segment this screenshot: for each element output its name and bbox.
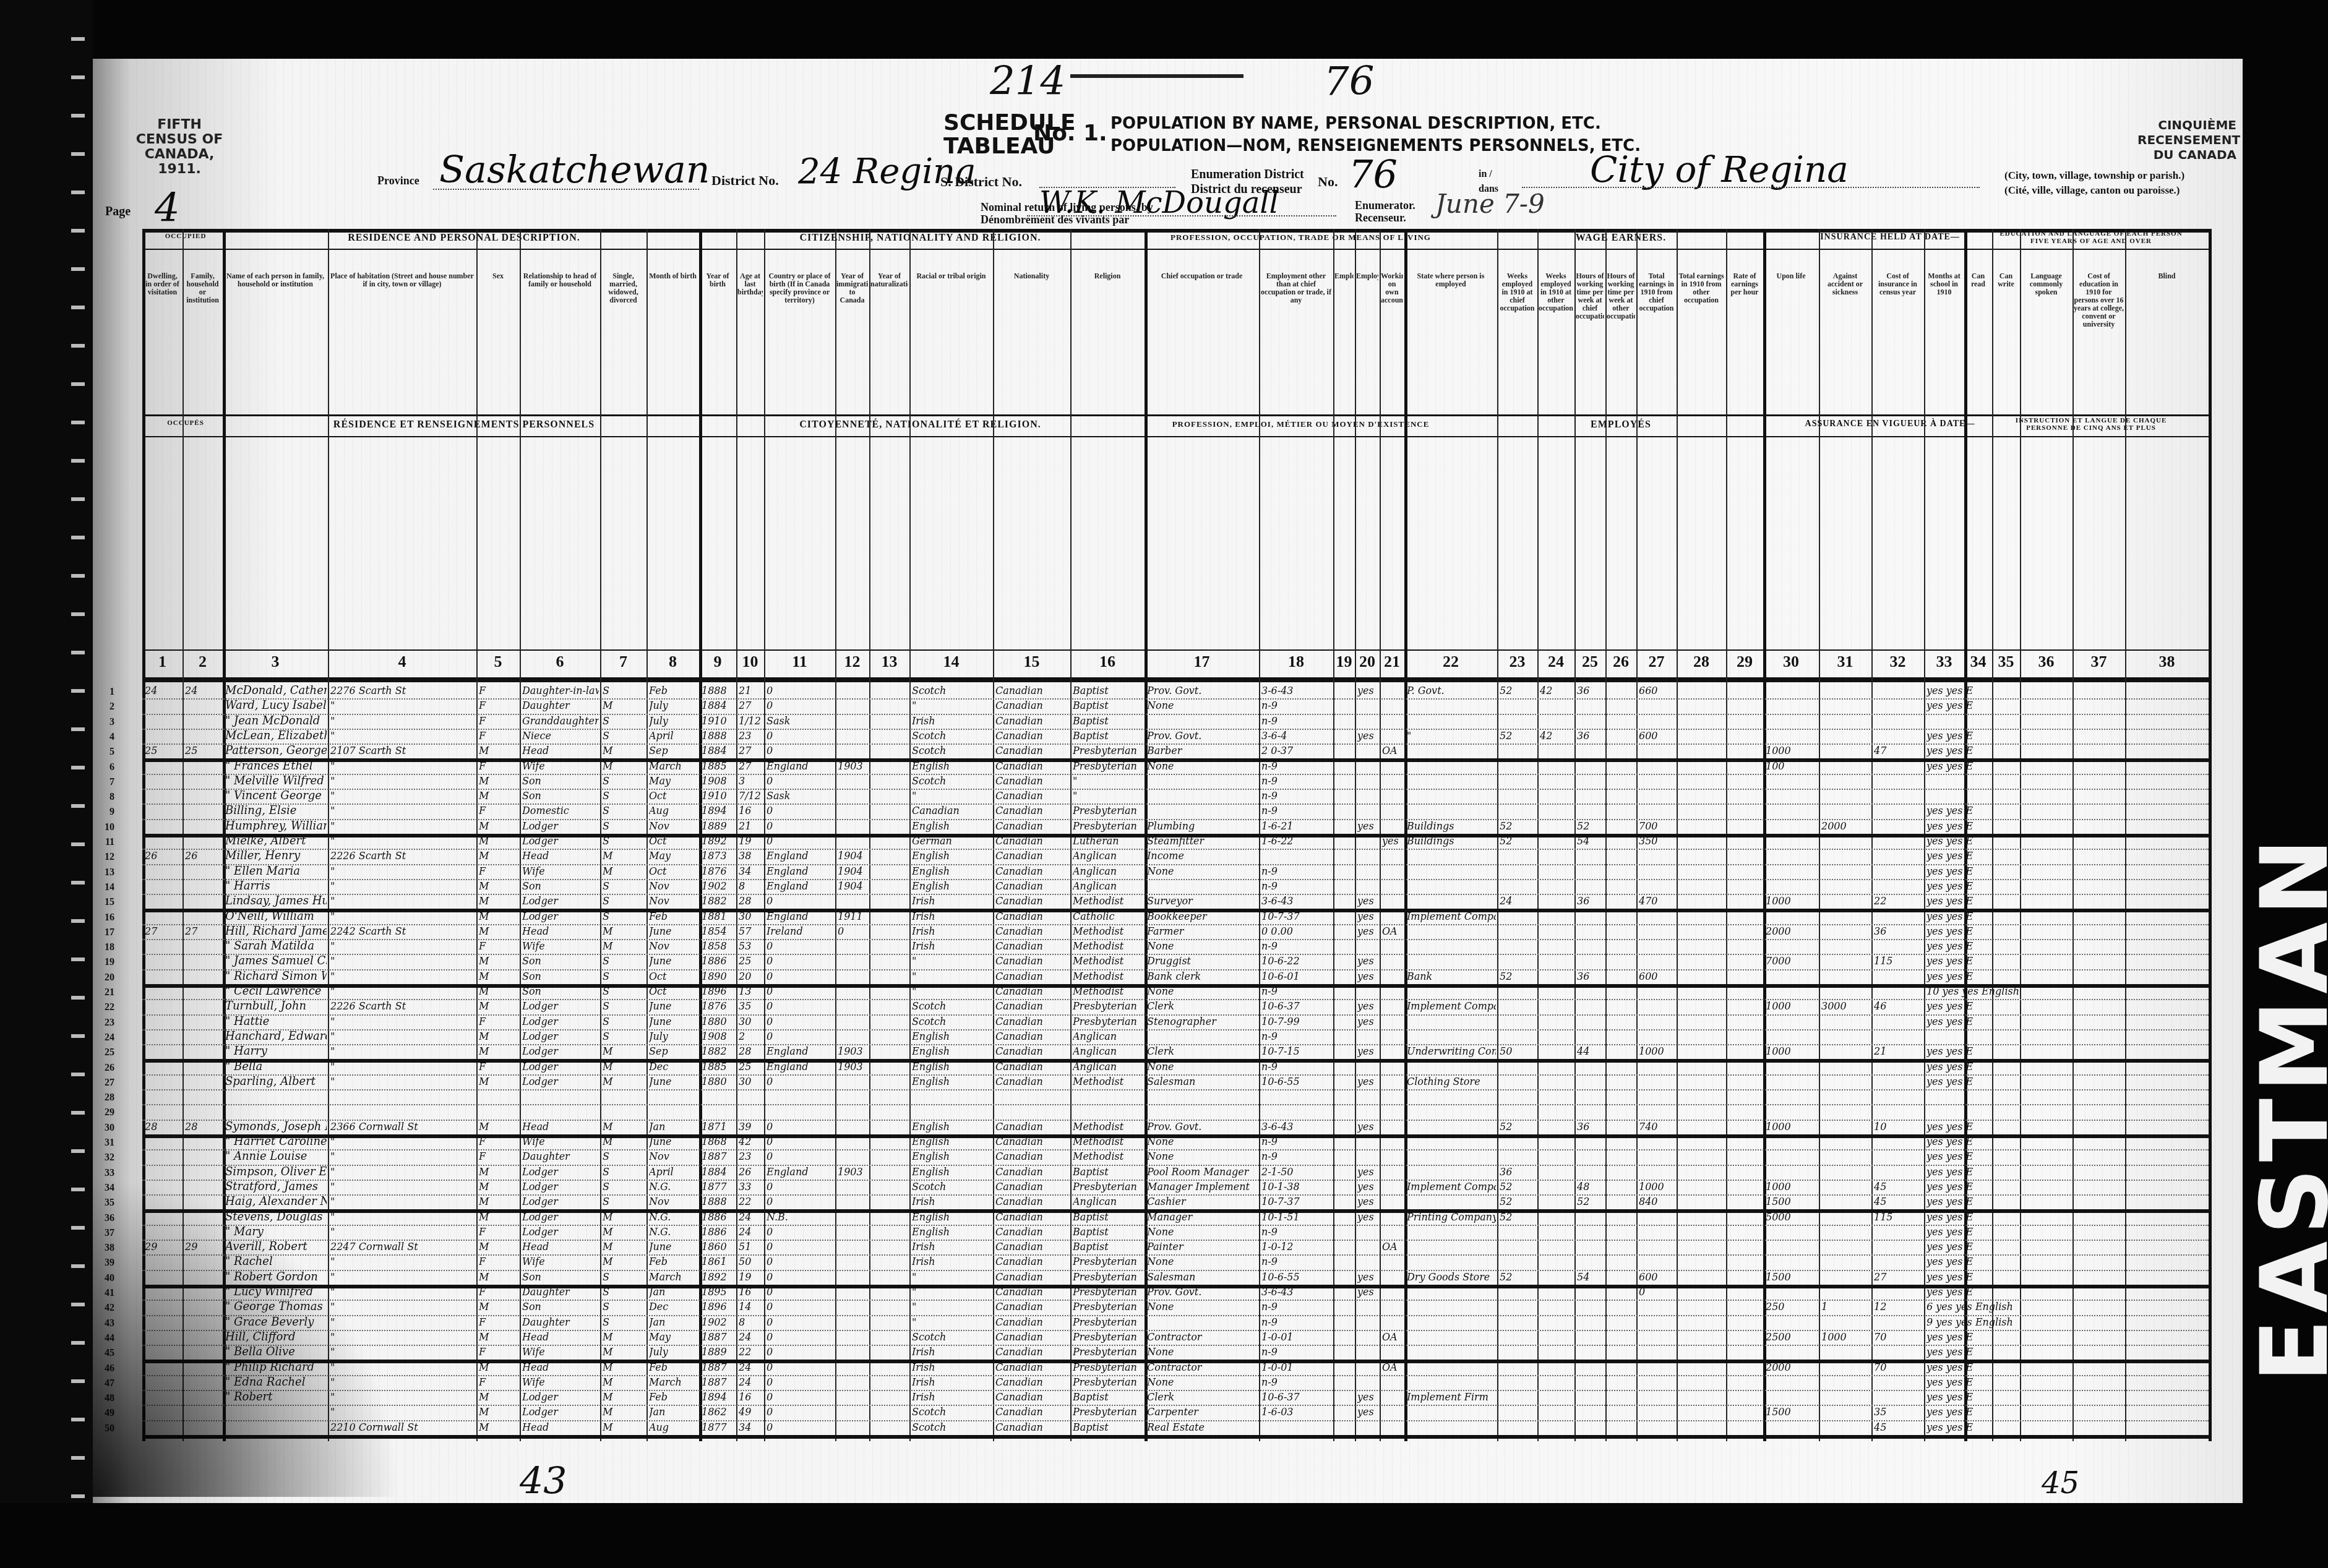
cell-imm — [838, 1210, 868, 1224]
cell-religion: Presbyterian — [1073, 1300, 1143, 1314]
cell-c23: 36 — [1500, 1165, 1536, 1179]
cell-c29 — [1729, 1135, 1762, 1149]
cell-c32 — [1874, 1090, 1923, 1103]
cell-c30: 2500 — [1766, 1330, 1818, 1344]
cell-ms: M — [603, 760, 645, 773]
cell-dw — [145, 1285, 181, 1299]
cell-month: May — [649, 849, 698, 863]
sprocket-hole — [71, 574, 85, 578]
cell-year: 1868 — [702, 1135, 735, 1149]
cell-origin: Scotch — [912, 684, 992, 698]
cell-birth: 0 — [767, 1120, 834, 1134]
column-header: State where person is employed — [1406, 272, 1496, 408]
cell-emp — [1357, 760, 1378, 773]
cell-dw — [145, 1135, 181, 1149]
cell-c21 — [1382, 1270, 1403, 1284]
group-occupied-en: OCCUPIED — [145, 233, 226, 240]
cell-c19 — [1336, 1345, 1354, 1359]
cell-c28 — [1679, 970, 1725, 983]
cell-c23 — [1500, 880, 1536, 893]
column-header: Against accident or sickness — [1820, 272, 1870, 408]
cell-month: Aug — [649, 1421, 698, 1434]
cell-emp — [1357, 1255, 1378, 1269]
cell-c24 — [1540, 1405, 1573, 1419]
cell-c25 — [1577, 1105, 1604, 1118]
table-row: 28 — [142, 1089, 2209, 1105]
cell-month: Feb — [649, 910, 698, 923]
cell-addr: " — [330, 1345, 475, 1359]
cell-c31 — [1821, 834, 1870, 848]
cell-rel: Wife — [522, 1376, 599, 1389]
table-row: 11Mielke, Albert"MLodgerSOct1892190Germa… — [142, 834, 2209, 850]
cell-rel: Lodger — [522, 820, 599, 833]
cell-year: 1884 — [702, 699, 735, 713]
cell-c24 — [1540, 1210, 1573, 1224]
cell-ms: M — [603, 1345, 645, 1359]
cell-birth: 0 — [767, 1421, 834, 1434]
cell-c26 — [1608, 684, 1635, 698]
cell-c30: 1000 — [1766, 894, 1818, 908]
cell-religion: " — [1073, 774, 1143, 788]
cell-nationality: Canadian — [995, 1421, 1069, 1434]
cell-year: 1908 — [702, 1030, 735, 1043]
cell-name: " Hattie — [225, 1015, 327, 1029]
cell-name: " George Thomas — [225, 1300, 327, 1314]
cell-origin — [912, 1105, 992, 1118]
column-number: 17 — [1145, 653, 1259, 676]
header-bottom-rule — [142, 677, 2209, 682]
cell-c31 — [1821, 1390, 1870, 1404]
cell-month: June — [649, 1015, 698, 1029]
cell-c25 — [1577, 1330, 1604, 1344]
column-number: 7 — [600, 653, 646, 676]
cell-c32 — [1874, 820, 1923, 833]
cell-fam — [185, 1000, 221, 1013]
cell-nat — [872, 1345, 908, 1359]
cell-c22: Buildings — [1407, 834, 1496, 848]
cell-c21 — [1382, 804, 1403, 818]
cell-c23 — [1500, 1376, 1536, 1389]
cell-c30 — [1766, 1030, 1818, 1043]
cell-religion: Methodist — [1073, 1150, 1143, 1163]
cell-age: 24 — [739, 1330, 763, 1344]
cell-c23: 52 — [1500, 1120, 1536, 1134]
cell-occ2: 10-1-51 — [1261, 1210, 1332, 1224]
cell-name: McLean, Elizabeth — [225, 729, 327, 743]
cell-occ2: n-9 — [1261, 1345, 1332, 1359]
cell-name: " Mary — [225, 1225, 327, 1239]
cell-addr: " — [330, 1300, 475, 1314]
cell-rel: Lodger — [522, 1045, 599, 1058]
cell-occ: Carpenter — [1147, 1405, 1258, 1419]
cell-name: " Cecil Lawrence — [225, 985, 327, 998]
cell-imm — [838, 804, 868, 818]
cell-c29 — [1729, 1345, 1762, 1359]
cell-imm — [838, 834, 868, 848]
cell-rel: Daughter — [522, 1316, 599, 1329]
cell-c28 — [1679, 1300, 1725, 1314]
cell-dw — [145, 1270, 181, 1284]
row-number: 25 — [96, 1045, 114, 1060]
cell-edu: yes yes E — [1926, 1045, 2124, 1058]
cell-birth: 0 — [767, 1285, 834, 1299]
cell-ms: S — [603, 1270, 645, 1284]
cell-edu: yes yes E — [1926, 1390, 2124, 1404]
cell-c21 — [1382, 910, 1403, 923]
cell-occ: Manager — [1147, 1210, 1258, 1224]
cell-c32: 12 — [1874, 1300, 1923, 1314]
cell-c32: 35 — [1874, 1405, 1923, 1419]
cell-c29 — [1729, 1300, 1762, 1314]
cell-c32 — [1874, 1075, 1923, 1089]
table-row: 12424McDonald, Catherine2276 Scarth StFD… — [142, 683, 2209, 700]
cell-year: 1892 — [702, 1270, 735, 1284]
cell-c19 — [1336, 820, 1354, 833]
cell-name: Hill, Clifford — [225, 1330, 327, 1344]
cell-c30 — [1766, 699, 1818, 713]
cell-c31 — [1821, 1075, 1870, 1089]
cell-year: 1887 — [702, 1330, 735, 1344]
row-number: 32 — [96, 1150, 114, 1165]
cell-year: 1887 — [702, 1376, 735, 1389]
cell-c22 — [1407, 894, 1496, 908]
cell-name: Ward, Lucy Isabel — [225, 699, 327, 713]
cell-age: 28 — [739, 1045, 763, 1058]
cell-fam — [185, 1300, 221, 1314]
cell-c22 — [1407, 1225, 1496, 1239]
cell-c23 — [1500, 744, 1536, 758]
cell-c24 — [1540, 1361, 1573, 1374]
row-number: 26 — [96, 1061, 114, 1076]
cell-c26 — [1608, 954, 1635, 968]
cell-fam — [185, 714, 221, 728]
cell-c22 — [1407, 940, 1496, 953]
cell-c26 — [1608, 1015, 1635, 1029]
cell-c28 — [1679, 1075, 1725, 1089]
cell-age: 27 — [739, 744, 763, 758]
cell-name: Miller, Henry — [225, 849, 327, 863]
cell-occ2 — [1261, 1105, 1332, 1118]
cell-c31 — [1821, 1165, 1870, 1179]
cell-c31 — [1821, 880, 1870, 893]
cell-nat — [872, 1361, 908, 1374]
cell-religion: Baptist — [1073, 729, 1143, 743]
cell-occ: None — [1147, 865, 1258, 878]
cell-c22 — [1407, 880, 1496, 893]
cell-c21 — [1382, 880, 1403, 893]
cell-c28 — [1679, 834, 1725, 848]
cell-occ: Cashier — [1147, 1195, 1258, 1209]
row-number: 33 — [96, 1166, 114, 1181]
cell-c30 — [1766, 834, 1818, 848]
cell-emp: yes — [1357, 729, 1378, 743]
page-label: Page — [105, 204, 131, 219]
cell-birth: 0 — [767, 1135, 834, 1149]
cell-c21 — [1382, 954, 1403, 968]
cell-year: 1877 — [702, 1180, 735, 1194]
cell-nationality: Canadian — [995, 925, 1069, 938]
cell-month: Jan — [649, 1120, 698, 1134]
cell-c28 — [1679, 1240, 1725, 1254]
cell-year: 1861 — [702, 1255, 735, 1269]
cell-c29 — [1729, 1000, 1762, 1013]
cell-origin: German — [912, 834, 992, 848]
cell-c23 — [1500, 804, 1536, 818]
cell-month: Aug — [649, 804, 698, 818]
cell-imm — [838, 1135, 868, 1149]
cell-c28 — [1679, 940, 1725, 953]
cell-origin: " — [912, 789, 992, 803]
cell-fam — [185, 880, 221, 893]
cell-nationality: Canadian — [995, 1030, 1069, 1043]
cell-c29 — [1729, 1210, 1762, 1224]
cell-birth: 0 — [767, 894, 834, 908]
column-header: Language commonly spoken — [2021, 272, 2071, 408]
cell-c24 — [1540, 1120, 1573, 1134]
place-hint-en: (City, town, village, township or parish… — [2004, 168, 2184, 183]
cell-c21 — [1382, 1255, 1403, 1269]
cell-nationality: Canadian — [995, 1240, 1069, 1254]
cell-dw — [145, 880, 181, 893]
fr-group-rule — [142, 436, 2209, 437]
cell-c26 — [1608, 1030, 1635, 1043]
cell-nat — [872, 1225, 908, 1239]
cell-nat — [872, 789, 908, 803]
cell-c24 — [1540, 1090, 1573, 1103]
cell-imm: 1904 — [838, 880, 868, 893]
cell-fam — [185, 1165, 221, 1179]
column-header: Nationality — [994, 272, 1069, 408]
cell-c24 — [1540, 1150, 1573, 1163]
cell-c28 — [1679, 954, 1725, 968]
cell-dw — [145, 1045, 181, 1058]
cell-emp: yes — [1357, 954, 1378, 968]
cell-c21 — [1382, 1135, 1403, 1149]
table-row: 3" Jean McDonald"FGranddaughterSJuly1910… — [142, 714, 2209, 730]
cell-name: Stratford, James — [225, 1180, 327, 1194]
cell-occ: None — [1147, 1300, 1258, 1314]
cell-year: 1889 — [702, 820, 735, 833]
cell-c30 — [1766, 1240, 1818, 1254]
cell-c27 — [1639, 954, 1675, 968]
cell-ms: M — [603, 1255, 645, 1269]
column-number: 24 — [1537, 653, 1574, 676]
column-divider — [2209, 229, 2212, 1441]
cell-c24 — [1540, 1345, 1573, 1359]
col-num-rule — [142, 649, 2209, 651]
cell-rel: Son — [522, 880, 599, 893]
cell-c25 — [1577, 804, 1604, 818]
cell-addr: 2366 Cornwall St — [330, 1120, 475, 1134]
cell-c30 — [1766, 1105, 1818, 1118]
cell-c30 — [1766, 729, 1818, 743]
cell-emp: yes — [1357, 970, 1378, 983]
cell-religion: Baptist — [1073, 1390, 1143, 1404]
cell-origin: " — [912, 1300, 992, 1314]
cell-c27 — [1639, 804, 1675, 818]
cell-nat — [872, 1376, 908, 1389]
cell-addr: " — [330, 1165, 475, 1179]
cell-ms — [603, 1090, 645, 1103]
cell-c19 — [1336, 1330, 1354, 1344]
cell-c26 — [1608, 729, 1635, 743]
cell-c19 — [1336, 1015, 1354, 1029]
cell-c26 — [1608, 985, 1635, 998]
cell-name: Averill, Robert — [225, 1240, 327, 1254]
cell-dw — [145, 985, 181, 998]
table-row: 41" Lucy Winifred"FDaughterSJan1895160"C… — [142, 1285, 2209, 1301]
cell-age: 2 — [739, 1030, 763, 1043]
cell-c23: 52 — [1500, 729, 1536, 743]
cell-c23: 52 — [1500, 1270, 1536, 1284]
cell-age: 8 — [739, 1316, 763, 1329]
cell-rel: Lodger — [522, 910, 599, 923]
cell-c28 — [1679, 925, 1725, 938]
cell-fam — [185, 1075, 221, 1089]
cell-c25 — [1577, 789, 1604, 803]
cell-nationality: Canadian — [995, 1405, 1069, 1419]
cell-imm — [838, 1345, 868, 1359]
cell-c27 — [1639, 1376, 1675, 1389]
census-title: FIFTH CENSUS OF CANADA, 1911. — [130, 118, 229, 177]
cell-c28 — [1679, 744, 1725, 758]
cell-addr: " — [330, 985, 475, 998]
cell-c19 — [1336, 684, 1354, 698]
column-number: 6 — [520, 653, 600, 676]
cell-c23 — [1500, 1330, 1536, 1344]
column-header: Religion — [1072, 272, 1143, 408]
cell-ms: S — [603, 1150, 645, 1163]
cell-c24 — [1540, 940, 1573, 953]
cell-addr: 2107 Scarth St — [330, 744, 475, 758]
cell-c22: P. Govt. — [1407, 684, 1496, 698]
cell-religion: Baptist — [1073, 1225, 1143, 1239]
cell-c29 — [1729, 1120, 1762, 1134]
place-line — [1522, 187, 1980, 188]
column-number: 29 — [1726, 653, 1763, 676]
cell-c27 — [1639, 1240, 1675, 1254]
cell-occ: Clerk — [1147, 1000, 1258, 1013]
stamp-dash — [1070, 74, 1243, 78]
cell-fam — [185, 774, 221, 788]
cell-occ2: 10-6-55 — [1261, 1270, 1332, 1284]
cell-c24 — [1540, 1300, 1573, 1314]
cell-rel: Wife — [522, 865, 599, 878]
cell-year: 1888 — [702, 729, 735, 743]
column-header: Employer — [1334, 272, 1354, 408]
cell-age: 7/12 — [739, 789, 763, 803]
cell-religion: Presbyterian — [1073, 1255, 1143, 1269]
cell-nationality: Canadian — [995, 1015, 1069, 1029]
cell-c32 — [1874, 1255, 1923, 1269]
cell-c25: 54 — [1577, 834, 1604, 848]
cell-c23 — [1500, 865, 1536, 878]
cell-sex: M — [479, 1075, 518, 1089]
cell-nat — [872, 1330, 908, 1344]
cell-c28 — [1679, 729, 1725, 743]
cell-fam — [185, 1390, 221, 1404]
sprocket-hole — [71, 229, 85, 233]
cell-c21 — [1382, 1075, 1403, 1089]
row-number: 12 — [96, 850, 114, 865]
cell-occ2: n-9 — [1261, 985, 1332, 998]
column-number: 10 — [736, 653, 764, 676]
cell-c32 — [1874, 1165, 1923, 1179]
cell-nat — [872, 1135, 908, 1149]
cell-c24 — [1540, 954, 1573, 968]
row-number: 45 — [96, 1346, 114, 1361]
cell-c24 — [1540, 1225, 1573, 1239]
cell-c29 — [1729, 1240, 1762, 1254]
cell-c21 — [1382, 789, 1403, 803]
column-number: 21 — [1380, 653, 1404, 676]
cell-name: Sparling, Albert — [225, 1075, 327, 1089]
cell-emp — [1357, 1361, 1378, 1374]
cell-age: 16 — [739, 1285, 763, 1299]
cell-edu: 10 yes yes English — [1926, 985, 2124, 998]
cell-c26 — [1608, 1316, 1635, 1329]
cell-origin: English — [912, 1150, 992, 1163]
cell-dw — [145, 970, 181, 983]
cell-c32: 21 — [1874, 1045, 1923, 1058]
cell-c24 — [1540, 910, 1573, 923]
cell-rel: Domestic — [522, 804, 599, 818]
cell-imm — [838, 1015, 868, 1029]
cell-c25 — [1577, 1300, 1604, 1314]
cell-ms: S — [603, 774, 645, 788]
cell-addr: " — [330, 1255, 475, 1269]
cell-rel: Wife — [522, 1255, 599, 1269]
cell-emp — [1357, 1105, 1378, 1118]
cell-origin: English — [912, 1135, 992, 1149]
cell-c19 — [1336, 774, 1354, 788]
sprocket-hole — [71, 1456, 85, 1460]
cell-nat — [872, 834, 908, 848]
province-label: Province — [377, 173, 419, 188]
cell-religion: Methodist — [1073, 1135, 1143, 1149]
cell-edu: yes yes E — [1926, 820, 2124, 833]
cell-c26 — [1608, 1330, 1635, 1344]
cell-c30: 2000 — [1766, 925, 1818, 938]
row-number: 46 — [96, 1361, 114, 1376]
cell-edu: yes yes E — [1926, 834, 2124, 848]
cell-edu — [1926, 774, 2124, 788]
cell-c28 — [1679, 849, 1725, 863]
cell-month: N.G. — [649, 1210, 698, 1224]
cell-emp: yes — [1357, 894, 1378, 908]
cell-occ2: n-9 — [1261, 774, 1332, 788]
column-number: 34 — [1964, 653, 1992, 676]
cell-origin: English — [912, 1075, 992, 1089]
cell-edu: yes yes E — [1926, 1255, 2124, 1269]
cell-rel: Daughter-in-law — [522, 684, 599, 698]
cell-age: 34 — [739, 865, 763, 878]
cell-religion: Baptist — [1073, 1421, 1143, 1434]
cell-c30 — [1766, 1225, 1818, 1239]
column-header: Weeks employed in 1910 at chief occupati… — [1498, 272, 1536, 408]
cell-religion: Anglican — [1073, 1030, 1143, 1043]
cell-month: June — [649, 1075, 698, 1089]
cell-occ: Painter — [1147, 1240, 1258, 1254]
row-number: 1 — [96, 685, 114, 700]
cell-c21 — [1382, 1165, 1403, 1179]
table-row: 31" Harriet Caroline"FWifeMJune1868420En… — [142, 1134, 2209, 1150]
row-number: 19 — [96, 955, 114, 970]
cell-edu: yes yes E — [1926, 1075, 2124, 1089]
cell-month: Sep — [649, 744, 698, 758]
cell-c25 — [1577, 1255, 1604, 1269]
cell-c31 — [1821, 1180, 1870, 1194]
